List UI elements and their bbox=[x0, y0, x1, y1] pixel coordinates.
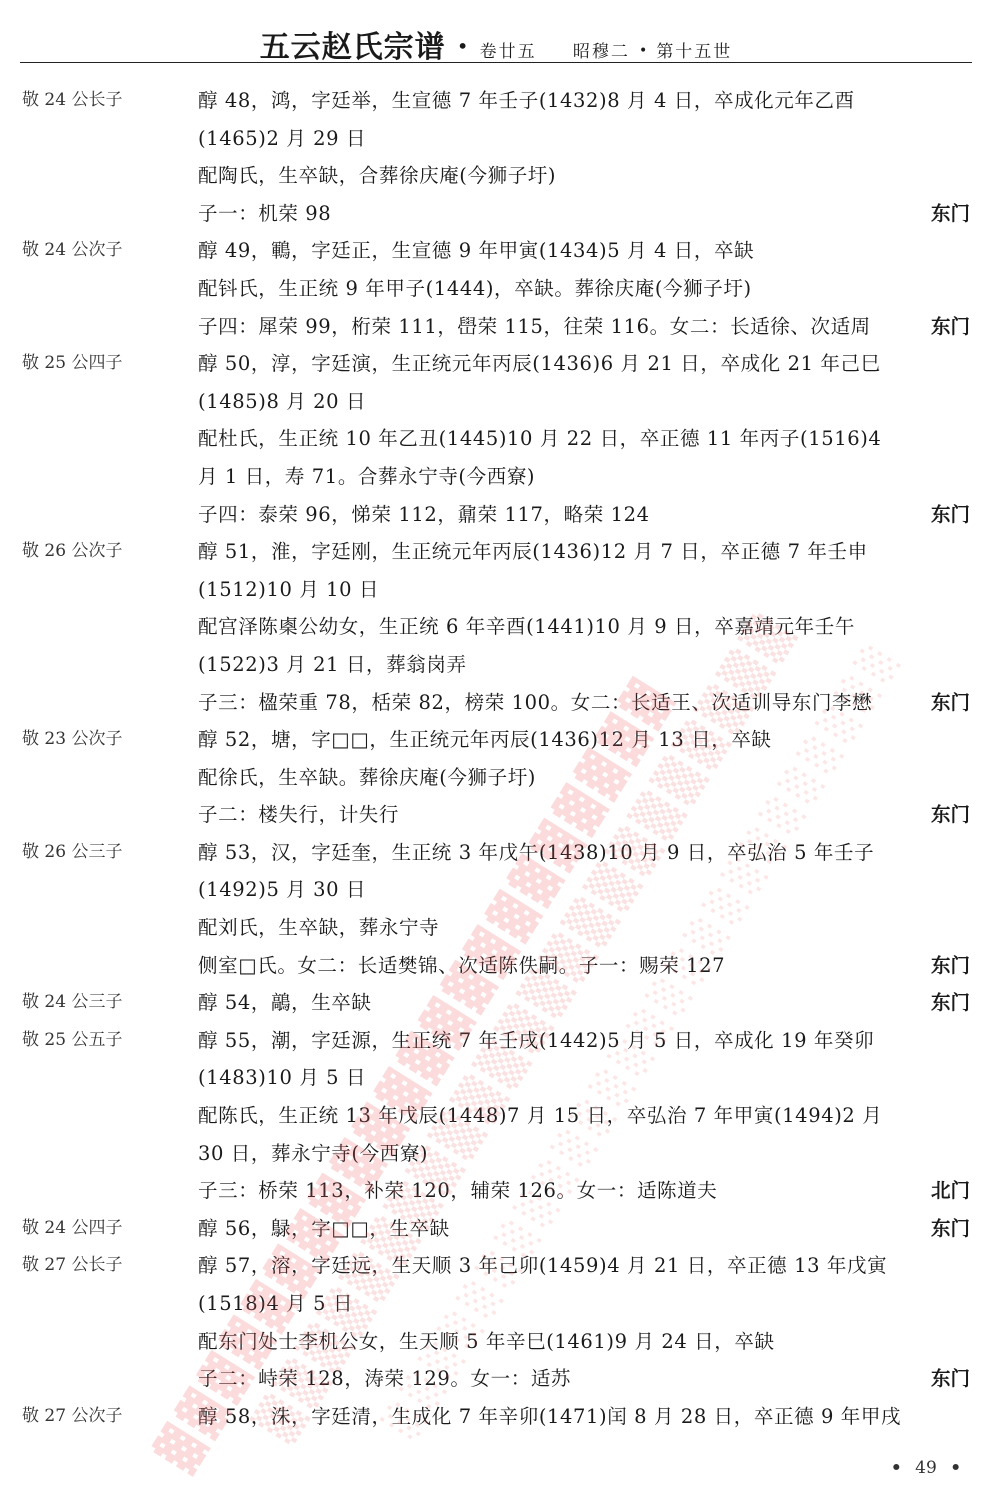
entry-line-text: (1512)10 月 10 日 bbox=[198, 571, 379, 609]
header-separator-2: • bbox=[639, 43, 647, 59]
entry-body: 醇 58，洙，字廷清，生成化 7 年辛卯(1471)闰 8 月 28 日，卒正德… bbox=[198, 1398, 992, 1436]
page-number-value: 49 bbox=[915, 1458, 937, 1478]
entry-body: 醇 54，鶮，生卒缺东门 bbox=[198, 984, 992, 1022]
entry-line: 30 日，葬永宁寺(今西寮) bbox=[198, 1135, 970, 1173]
entry-line-text: 配刘氏，生卒缺，葬永宁寺 bbox=[198, 909, 439, 947]
residence-tag bbox=[962, 1247, 970, 1285]
entry-line-text: 30 日，葬永宁寺(今西寮) bbox=[198, 1135, 428, 1173]
entry-line-text: 醇 57，溶，字廷远，生天顺 3 年己卯(1459)4 月 21 日，卒正德 1… bbox=[198, 1247, 887, 1285]
lineage-label: 敬 27 公长子 bbox=[0, 1247, 198, 1397]
entry-line: 配刘氏，生卒缺，葬永宁寺 bbox=[198, 909, 970, 947]
genealogy-entry: 敬 24 公长子醇 48，鸿，字廷举，生宣德 7 年壬子(1432)8 月 4 … bbox=[0, 82, 992, 232]
section-label: 昭穆二 bbox=[573, 42, 630, 62]
entry-line: 侧室□氏。女二：长适樊锦、次适陈佚嗣。子一：赐荣 127东门 bbox=[198, 947, 970, 985]
entry-line-text: 醇 50，淳，字廷演，生正统元年丙辰(1436)6 月 21 日，卒成化 21 … bbox=[198, 345, 881, 383]
lineage-label: 敬 23 公次子 bbox=[0, 721, 198, 834]
genealogy-entry: 敬 25 公四子醇 50，淳，字廷演，生正统元年丙辰(1436)6 月 21 日… bbox=[0, 345, 992, 533]
entry-line: 醇 56，鵦，字□□，生卒缺东门 bbox=[198, 1210, 970, 1248]
page-number-dot-right: • bbox=[950, 1458, 961, 1478]
lineage-label: 敬 25 公五子 bbox=[0, 1022, 198, 1210]
entry-line-text: 配徐氏，生卒缺。葬徐庆庵(今狮子圩) bbox=[198, 759, 536, 797]
entry-line: 配东门处士李机公女，生天顺 5 年辛巳(1461)9 月 24 日，卒缺 bbox=[198, 1323, 970, 1361]
entry-body: 醇 49，鶤，字廷正，生宣德 9 年甲寅(1434)5 月 4 日，卒缺配钭氏，… bbox=[198, 232, 992, 345]
residence-tag bbox=[962, 120, 970, 158]
residence-tag bbox=[962, 82, 970, 120]
entry-line-text: (1483)10 月 5 日 bbox=[198, 1059, 366, 1097]
genealogy-entry: 敬 25 公五子醇 55，潮，字廷源，生正统 7 年壬戌(1442)5 月 5 … bbox=[0, 1022, 992, 1210]
residence-tag bbox=[962, 383, 970, 421]
entry-line-text: 醇 52，塘，字□□，生正统元年丙辰(1436)12 月 13 日，卒缺 bbox=[198, 721, 772, 759]
residence-tag bbox=[962, 571, 970, 609]
entry-line-text: 配杜氏，生正统 10 年乙丑(1445)10 月 22 日，卒正德 11 年丙子… bbox=[198, 420, 881, 458]
entry-line: 配陶氏，生卒缺，合葬徐庆庵(今狮子圩) bbox=[198, 157, 970, 195]
entry-line: 醇 57，溶，字廷远，生天顺 3 年己卯(1459)4 月 21 日，卒正德 1… bbox=[198, 1247, 970, 1285]
entry-line: (1485)8 月 20 日 bbox=[198, 383, 970, 421]
entry-line-text: 配宫泽陈㮚公幼女，生正统 6 年辛酉(1441)10 月 9 日，卒嘉靖元年壬午 bbox=[198, 608, 855, 646]
page-number-dot-left: • bbox=[891, 1458, 902, 1478]
entry-line-text: 醇 54，鶮，生卒缺 bbox=[198, 984, 372, 1022]
header-rule bbox=[20, 62, 972, 63]
entry-line: 配钭氏，生正统 9 年甲子(1444)，卒缺。葬徐庆庵(今狮子圩) bbox=[198, 270, 970, 308]
residence-tag: 东门 bbox=[923, 1360, 970, 1398]
entry-line-text: 醇 56，鵦，字□□，生卒缺 bbox=[198, 1210, 450, 1248]
lineage-label: 敬 25 公四子 bbox=[0, 345, 198, 533]
page-number: • 49 • bbox=[860, 1458, 992, 1478]
entry-line: 子二：峙荣 128，涛荣 129。女一：适苏东门 bbox=[198, 1360, 970, 1398]
residence-tag: 东门 bbox=[923, 684, 970, 722]
entry-line: (1483)10 月 5 日 bbox=[198, 1059, 970, 1097]
residence-tag bbox=[962, 1398, 970, 1436]
entry-line: 配徐氏，生卒缺。葬徐庆庵(今狮子圩) bbox=[198, 759, 970, 797]
entry-line: 子一：机荣 98东门 bbox=[198, 195, 970, 233]
residence-tag: 东门 bbox=[923, 796, 970, 834]
entry-line-text: 醇 49，鶤，字廷正，生宣德 9 年甲寅(1434)5 月 4 日，卒缺 bbox=[198, 232, 754, 270]
entry-line: 醇 49，鶤，字廷正，生宣德 9 年甲寅(1434)5 月 4 日，卒缺 bbox=[198, 232, 970, 270]
genealogy-entry: 敬 26 公次子醇 51，淮，字廷刚，生正统元年丙辰(1436)12 月 7 日… bbox=[0, 533, 992, 721]
residence-tag bbox=[962, 533, 970, 571]
entry-line: 配陈氏，生正统 13 年戊辰(1448)7 月 15 日，卒弘治 7 年甲寅(1… bbox=[198, 1097, 970, 1135]
entry-line: 醇 51，淮，字廷刚，生正统元年丙辰(1436)12 月 7 日，卒正德 7 年… bbox=[198, 533, 970, 571]
entry-body: 醇 48，鸿，字廷举，生宣德 7 年壬子(1432)8 月 4 日，卒成化元年乙… bbox=[198, 82, 992, 232]
entry-line-text: 子三：桥荣 113，补荣 120，辅荣 126。女一：适陈道夫 bbox=[198, 1172, 717, 1210]
entry-line-text: (1522)3 月 21 日，葬翁岗弄 bbox=[198, 646, 467, 684]
residence-tag bbox=[962, 608, 970, 646]
lineage-label: 敬 24 公四子 bbox=[0, 1210, 198, 1248]
entry-line: 醇 58，洙，字廷清，生成化 7 年辛卯(1471)闰 8 月 28 日，卒正德… bbox=[198, 1398, 970, 1436]
entry-line-text: 子一：机荣 98 bbox=[198, 195, 331, 233]
entry-line: 醇 55，潮，字廷源，生正统 7 年壬戌(1442)5 月 5 日，卒成化 19… bbox=[198, 1022, 970, 1060]
residence-tag: 东门 bbox=[923, 195, 970, 233]
entry-line-text: 侧室□氏。女二：长适樊锦、次适陈佚嗣。子一：赐荣 127 bbox=[198, 947, 725, 985]
entry-line: 醇 54，鶮，生卒缺东门 bbox=[198, 984, 970, 1022]
lineage-label: 敬 24 公长子 bbox=[0, 82, 198, 232]
page-header: 五云赵氏宗谱 • 卷廿五 昭穆二 • 第十五世 bbox=[0, 22, 992, 66]
entry-line-text: 醇 51，淮，字廷刚，生正统元年丙辰(1436)12 月 7 日，卒正德 7 年… bbox=[198, 533, 868, 571]
entry-line: 醇 52，塘，字□□，生正统元年丙辰(1436)12 月 13 日，卒缺 bbox=[198, 721, 970, 759]
entry-line: 子四：犀荣 99，桁荣 111，嶨荣 115，往荣 116。女二：长适徐、次适周… bbox=[198, 308, 970, 346]
lineage-label: 敬 24 公次子 bbox=[0, 232, 198, 345]
entry-line-text: 月 1 日，寿 71。合葬永宁寺(今西寮) bbox=[198, 458, 535, 496]
residence-tag bbox=[962, 1135, 970, 1173]
entry-body: 醇 53，汉，字廷奎，生正统 3 年戊午(1438)10 月 9 日，卒弘治 5… bbox=[198, 834, 992, 984]
residence-tag bbox=[962, 646, 970, 684]
entry-line: 月 1 日，寿 71。合葬永宁寺(今西寮) bbox=[198, 458, 970, 496]
entry-line-text: 醇 58，洙，字廷清，生成化 7 年辛卯(1471)闰 8 月 28 日，卒正德… bbox=[198, 1398, 901, 1436]
generation-label: 第十五世 bbox=[656, 42, 732, 62]
entry-line: 子三：桥荣 113，补荣 120，辅荣 126。女一：适陈道夫北门 bbox=[198, 1172, 970, 1210]
entry-line-text: 配钭氏，生正统 9 年甲子(1444)，卒缺。葬徐庆庵(今狮子圩) bbox=[198, 270, 752, 308]
entry-line: 醇 53，汉，字廷奎，生正统 3 年戊午(1438)10 月 9 日，卒弘治 5… bbox=[198, 834, 970, 872]
lineage-label: 敬 24 公三子 bbox=[0, 984, 198, 1022]
entry-line-text: (1485)8 月 20 日 bbox=[198, 383, 366, 421]
entry-line-text: 子四：犀荣 99，桁荣 111，嶨荣 115，往荣 116。女二：长适徐、次适周 bbox=[198, 308, 871, 346]
lineage-label: 敬 27 公次子 bbox=[0, 1398, 198, 1436]
entry-line-text: 子二：峙荣 128，涛荣 129。女一：适苏 bbox=[198, 1360, 571, 1398]
entry-line-text: (1465)2 月 29 日 bbox=[198, 120, 366, 158]
residence-tag bbox=[962, 1323, 970, 1361]
entry-body: 醇 57，溶，字廷远，生天顺 3 年己卯(1459)4 月 21 日，卒正德 1… bbox=[198, 1247, 992, 1397]
genealogy-entry: 敬 27 公次子醇 58，洙，字廷清，生成化 7 年辛卯(1471)闰 8 月 … bbox=[0, 1398, 992, 1436]
entry-body: 醇 55，潮，字廷源，生正统 7 年壬戌(1442)5 月 5 日，卒成化 19… bbox=[198, 1022, 992, 1210]
residence-tag: 东门 bbox=[923, 984, 970, 1022]
entry-line-text: 配陈氏，生正统 13 年戊辰(1448)7 月 15 日，卒弘治 7 年甲寅(1… bbox=[198, 1097, 882, 1135]
residence-tag: 东门 bbox=[923, 496, 970, 534]
entry-line-text: 子三：楹荣重 78，栝荣 82，榜荣 100。女二：长适王、次适训导东门李懋 bbox=[198, 684, 872, 722]
residence-tag bbox=[962, 909, 970, 947]
genealogy-entry: 敬 24 公次子醇 49，鶤，字廷正，生宣德 9 年甲寅(1434)5 月 4 … bbox=[0, 232, 992, 345]
lineage-label: 敬 26 公次子 bbox=[0, 533, 198, 721]
residence-tag: 东门 bbox=[923, 308, 970, 346]
residence-tag bbox=[962, 420, 970, 458]
entry-line: (1522)3 月 21 日，葬翁岗弄 bbox=[198, 646, 970, 684]
entry-line: 醇 50，淳，字廷演，生正统元年丙辰(1436)6 月 21 日，卒成化 21 … bbox=[198, 345, 970, 383]
entry-body: 醇 52，塘，字□□，生正统元年丙辰(1436)12 月 13 日，卒缺配徐氏，… bbox=[198, 721, 992, 834]
residence-tag bbox=[962, 458, 970, 496]
residence-tag: 北门 bbox=[923, 1172, 970, 1210]
entry-line: 子四：泰荣 96，悌荣 112，鼐荣 117，略荣 124东门 bbox=[198, 496, 970, 534]
residence-tag bbox=[962, 345, 970, 383]
entry-line: 配宫泽陈㮚公幼女，生正统 6 年辛酉(1441)10 月 9 日，卒嘉靖元年壬午 bbox=[198, 608, 970, 646]
entry-line: 子三：楹荣重 78，栝荣 82，榜荣 100。女二：长适王、次适训导东门李懋东门 bbox=[198, 684, 970, 722]
residence-tag bbox=[962, 871, 970, 909]
entry-line: (1518)4 月 5 日 bbox=[198, 1285, 970, 1323]
entry-line: (1512)10 月 10 日 bbox=[198, 571, 970, 609]
entry-line-text: 子四：泰荣 96，悌荣 112，鼐荣 117，略荣 124 bbox=[198, 496, 650, 534]
lineage-label: 敬 26 公三子 bbox=[0, 834, 198, 984]
genealogy-entries: 敬 24 公长子醇 48，鸿，字廷举，生宣德 7 年壬子(1432)8 月 4 … bbox=[0, 82, 992, 1435]
volume-label: 卷廿五 bbox=[480, 42, 537, 62]
entry-line: 子二：楼失行，计失行东门 bbox=[198, 796, 970, 834]
entry-line: (1465)2 月 29 日 bbox=[198, 120, 970, 158]
genealogy-entry: 敬 26 公三子醇 53，汉，字廷奎，生正统 3 年戊午(1438)10 月 9… bbox=[0, 834, 992, 984]
genealogy-entry: 敬 24 公四子醇 56，鵦，字□□，生卒缺东门 bbox=[0, 1210, 992, 1248]
entry-body: 醇 51，淮，字廷刚，生正统元年丙辰(1436)12 月 7 日，卒正德 7 年… bbox=[198, 533, 992, 721]
residence-tag bbox=[962, 834, 970, 872]
entry-line-text: (1492)5 月 30 日 bbox=[198, 871, 366, 909]
entry-body: 醇 56，鵦，字□□，生卒缺东门 bbox=[198, 1210, 992, 1248]
entry-line: 醇 48，鸿，字廷举，生宣德 7 年壬子(1432)8 月 4 日，卒成化元年乙… bbox=[198, 82, 970, 120]
entry-line-text: 醇 55，潮，字廷源，生正统 7 年壬戌(1442)5 月 5 日，卒成化 19… bbox=[198, 1022, 874, 1060]
entry-line-text: 醇 53，汉，字廷奎，生正统 3 年戊午(1438)10 月 9 日，卒弘治 5… bbox=[198, 834, 874, 872]
residence-tag bbox=[962, 1285, 970, 1323]
book-title: 五云赵氏宗谱 bbox=[260, 30, 446, 65]
entry-line: 配杜氏，生正统 10 年乙丑(1445)10 月 22 日，卒正德 11 年丙子… bbox=[198, 420, 970, 458]
genealogy-entry: 敬 24 公三子醇 54，鶮，生卒缺东门 bbox=[0, 984, 992, 1022]
entry-line-text: (1518)4 月 5 日 bbox=[198, 1285, 353, 1323]
residence-tag bbox=[962, 270, 970, 308]
genealogy-entry: 敬 27 公长子醇 57，溶，字廷远，生天顺 3 年己卯(1459)4 月 21… bbox=[0, 1247, 992, 1397]
residence-tag bbox=[962, 721, 970, 759]
residence-tag bbox=[962, 759, 970, 797]
genealogy-entry: 敬 23 公次子醇 52，塘，字□□，生正统元年丙辰(1436)12 月 13 … bbox=[0, 721, 992, 834]
residence-tag bbox=[962, 1022, 970, 1060]
residence-tag: 东门 bbox=[923, 947, 970, 985]
residence-tag: 东门 bbox=[923, 1210, 970, 1248]
residence-tag bbox=[962, 1097, 970, 1135]
entry-line-text: 配陶氏，生卒缺，合葬徐庆庵(今狮子圩) bbox=[198, 157, 556, 195]
entry-line-text: 醇 48，鸿，字廷举，生宣德 7 年壬子(1432)8 月 4 日，卒成化元年乙… bbox=[198, 82, 855, 120]
entry-line: (1492)5 月 30 日 bbox=[198, 871, 970, 909]
residence-tag bbox=[962, 1059, 970, 1097]
entry-body: 醇 50，淳，字廷演，生正统元年丙辰(1436)6 月 21 日，卒成化 21 … bbox=[198, 345, 992, 533]
entry-line-text: 子二：楼失行，计失行 bbox=[198, 796, 399, 834]
header-separator: • bbox=[457, 34, 469, 58]
residence-tag bbox=[962, 232, 970, 270]
entry-line-text: 配东门处士李机公女，生天顺 5 年辛巳(1461)9 月 24 日，卒缺 bbox=[198, 1323, 775, 1361]
residence-tag bbox=[962, 157, 970, 195]
